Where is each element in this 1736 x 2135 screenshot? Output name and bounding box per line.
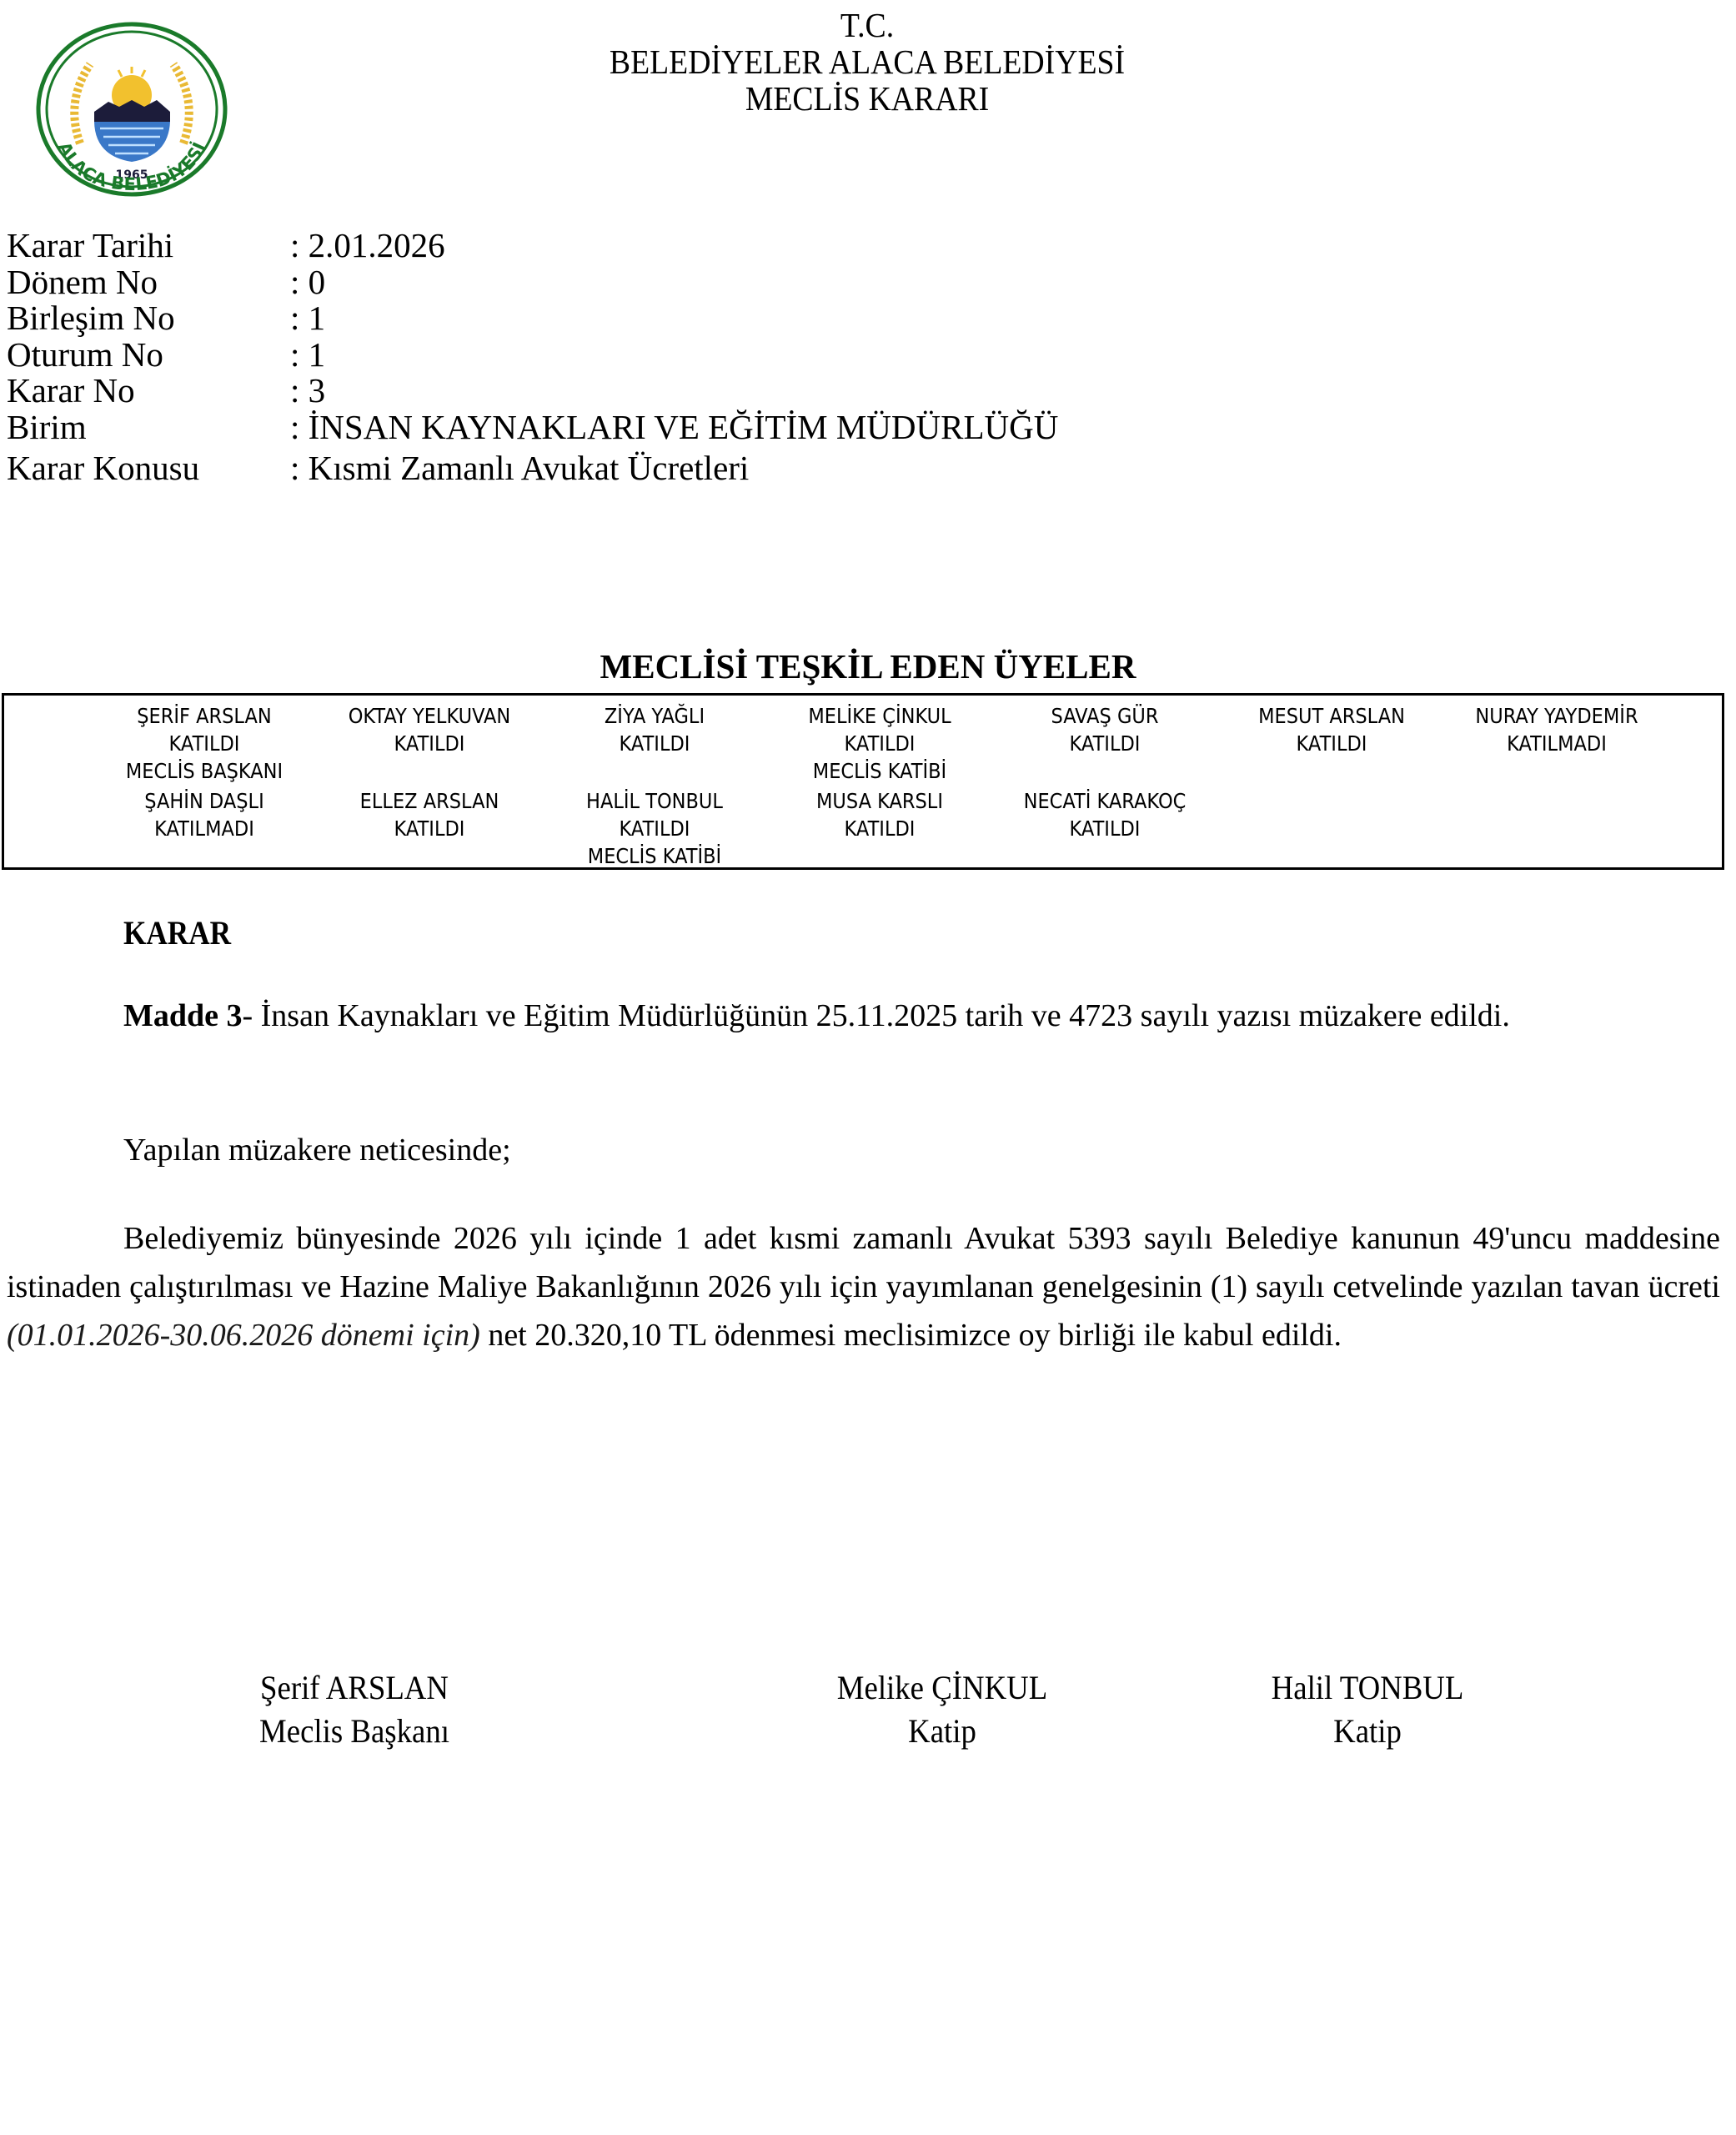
member-status: KATILDI	[557, 730, 752, 757]
member-name: ŞAHİN DAŞLI	[107, 787, 302, 815]
member-role: MECLİS BAŞKANI	[107, 757, 302, 785]
member-role: MECLİS KATİBİ	[782, 757, 977, 785]
municipality-seal-icon: 1965 ALACA BELEDİYESİ	[32, 18, 232, 200]
meta-label: Karar Konusu	[7, 450, 199, 486]
members-table: ŞERİF ARSLANKATILDIMECLİS BAŞKANIOKTAY Y…	[2, 693, 1724, 870]
meta-value: : İNSAN KAYNAKLARI VE EĞİTİM MÜDÜRLÜĞÜ	[290, 409, 1058, 445]
intro-text: Yapılan müzakere neticesinde;	[123, 1133, 511, 1168]
member-name: NECATİ KARAKOÇ	[1007, 787, 1202, 815]
member-cell: OKTAY YELKUVANKATILDI	[332, 702, 527, 785]
signature-clerk-2: Halil TONBUL Katip	[1214, 1666, 1521, 1753]
signature-name: Halil TONBUL	[1214, 1666, 1521, 1710]
header-municipality: BELEDİYELER ALACA BELEDİYESİ	[453, 43, 1282, 80]
signature-clerk-1: Melike ÇİNKUL Katip	[774, 1666, 1111, 1753]
resolution-text-start: Belediyemiz bünyesinde 2026 yılı içinde …	[7, 1221, 1720, 1304]
member-name: OKTAY YELKUVAN	[332, 702, 527, 730]
meta-label: Karar No	[7, 372, 135, 409]
member-status: KATILMADI	[1459, 730, 1654, 757]
resolution-text-end: net 20.320,10 TL ödenmesi meclisimizce o…	[480, 1318, 1342, 1353]
member-role	[1007, 842, 1202, 870]
decision-article: Madde 3- İnsan Kaynakları ve Eğitim Müdü…	[7, 993, 1720, 1038]
member-name: MUSA KARSLI	[782, 787, 977, 815]
member-cell: ŞAHİN DAŞLIKATILMADI	[107, 787, 302, 870]
member-cell: ZİYA YAĞLIKATILDI	[557, 702, 752, 785]
member-role	[1234, 757, 1429, 785]
member-cell: MESUT ARSLANKATILDI	[1234, 702, 1429, 785]
meta-label: Oturum No	[7, 336, 163, 373]
meta-label: Karar Tarihi	[7, 227, 173, 264]
member-cell: MUSA KARSLIKATILDI	[782, 787, 977, 870]
member-cell: ŞERİF ARSLANKATILDIMECLİS BAŞKANI	[107, 702, 302, 785]
decision-heading: KARAR	[123, 913, 231, 952]
member-name: ELLEZ ARSLAN	[332, 787, 527, 815]
meta-label: Birleşim No	[7, 299, 175, 336]
meta-label: Birim	[7, 409, 87, 445]
member-status: KATILDI	[782, 730, 977, 757]
member-role	[332, 842, 527, 870]
meta-value: : 1	[290, 299, 325, 336]
member-role	[557, 757, 752, 785]
meta-label: Dönem No	[7, 264, 158, 300]
member-cell: NECATİ KARAKOÇKATILDI	[1007, 787, 1202, 870]
members-title: MECLİSİ TEŞKİL EDEN ÜYELER	[0, 646, 1736, 686]
member-name: NURAY YAYDEMİR	[1459, 702, 1654, 730]
meta-value: : 3	[290, 372, 325, 409]
decision-intro: Yapılan müzakere neticesinde;	[7, 1126, 1720, 1174]
resolution-period: (01.01.2026-30.06.2026 dönemi için)	[7, 1318, 480, 1353]
member-name: HALİL TONBUL	[557, 787, 752, 815]
member-name: ŞERİF ARSLAN	[107, 702, 302, 730]
member-status: KATILDI	[1234, 730, 1429, 757]
header-doc-type: MECLİS KARARI	[453, 80, 1282, 117]
member-role	[107, 842, 302, 870]
member-role	[1459, 757, 1654, 785]
member-role	[782, 842, 977, 870]
member-cell: MELİKE ÇİNKULKATILDIMECLİS KATİBİ	[782, 702, 977, 785]
member-status: KATILDI	[557, 815, 752, 842]
signature-name: Melike ÇİNKUL	[774, 1666, 1111, 1710]
member-role: MECLİS KATİBİ	[557, 842, 752, 870]
signature-title: Katip	[774, 1710, 1111, 1753]
member-name: SAVAŞ GÜR	[1007, 702, 1202, 730]
article-number: Madde 3	[123, 998, 243, 1033]
header-tc: T.C.	[453, 7, 1282, 43]
signature-chairman: Şerif ARSLAN Meclis Başkanı	[216, 1666, 492, 1753]
document-header: T.C. BELEDİYELER ALACA BELEDİYESİ MECLİS…	[417, 7, 1317, 117]
signature-title: Katip	[1214, 1710, 1521, 1753]
member-status: KATILMADI	[107, 815, 302, 842]
member-status: KATILDI	[332, 815, 527, 842]
member-status: KATILDI	[107, 730, 302, 757]
member-cell: NURAY YAYDEMİRKATILMADI	[1459, 702, 1654, 785]
meta-value: : 0	[290, 264, 325, 300]
meta-value: : 2.01.2026	[290, 227, 445, 264]
signature-title: Meclis Başkanı	[216, 1710, 492, 1753]
member-status: KATILDI	[1007, 730, 1202, 757]
member-name: ZİYA YAĞLI	[557, 702, 752, 730]
article-text: - İnsan Kaynakları ve Eğitim Müdürlüğünü…	[243, 998, 1510, 1033]
signature-name: Şerif ARSLAN	[216, 1666, 492, 1710]
member-role	[1007, 757, 1202, 785]
member-cell: SAVAŞ GÜRKATILDI	[1007, 702, 1202, 785]
member-status: KATILDI	[332, 730, 527, 757]
member-role	[332, 757, 527, 785]
member-status: KATILDI	[782, 815, 977, 842]
decision-resolution: Belediyemiz bünyesinde 2026 yılı içinde …	[7, 1214, 1720, 1359]
member-name: MESUT ARSLAN	[1234, 702, 1429, 730]
member-cell: ELLEZ ARSLANKATILDI	[332, 787, 527, 870]
member-name: MELİKE ÇİNKUL	[782, 702, 977, 730]
member-status: KATILDI	[1007, 815, 1202, 842]
member-cell: HALİL TONBULKATILDIMECLİS KATİBİ	[557, 787, 752, 870]
meta-value: : 1	[290, 336, 325, 373]
meta-value: : Kısmi Zamanlı Avukat Ücretleri	[290, 450, 749, 486]
